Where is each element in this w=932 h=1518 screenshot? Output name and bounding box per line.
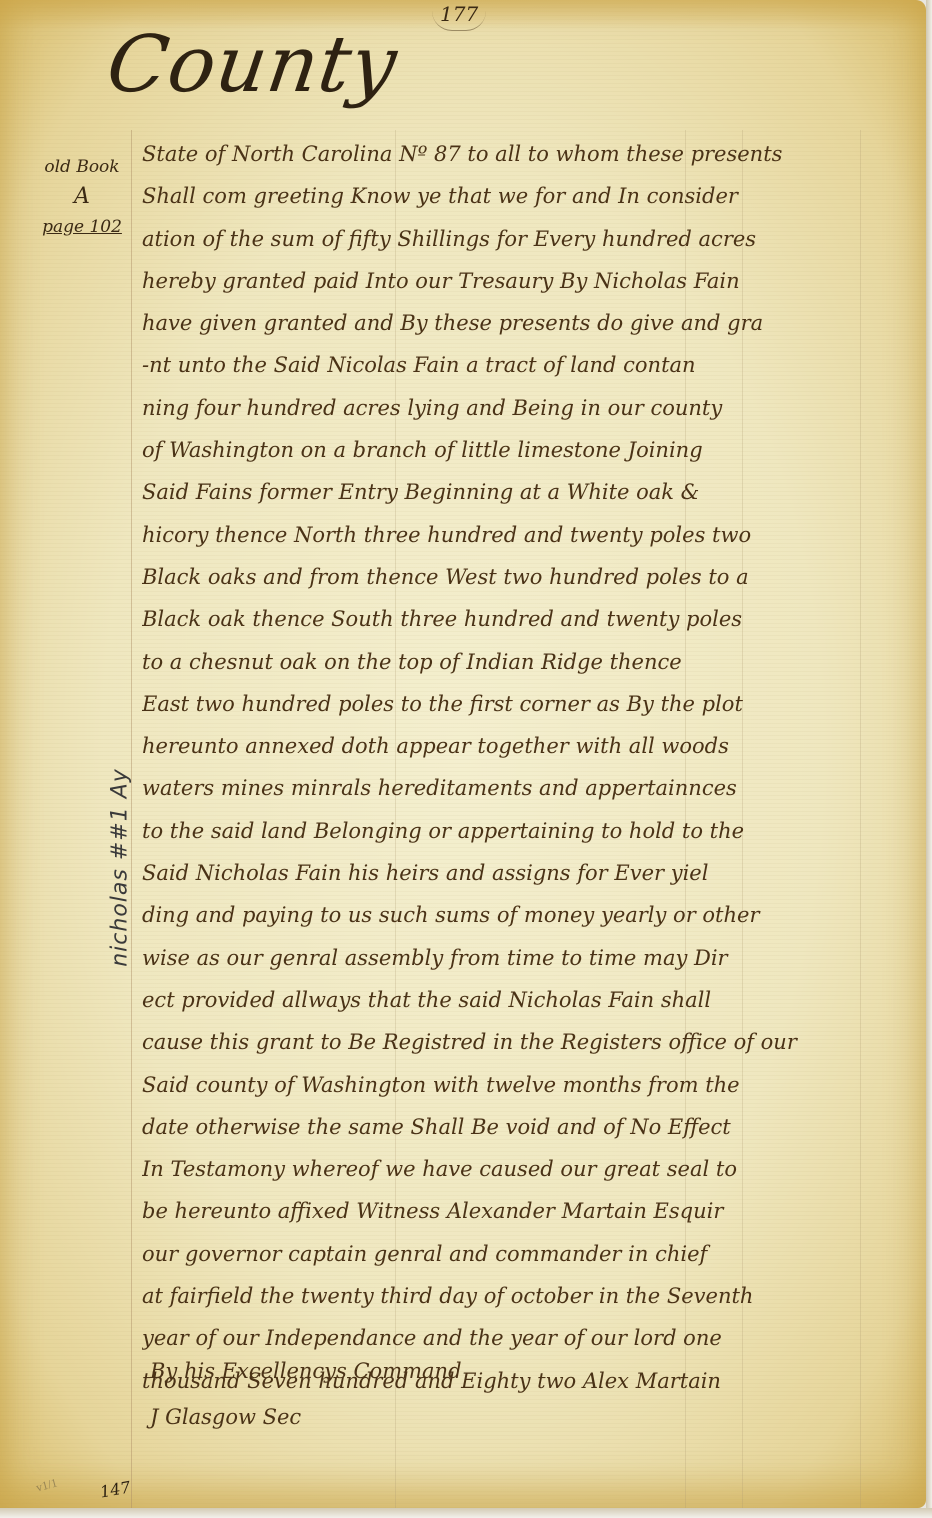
text-line: State of North Carolina Nº 87 to all to … bbox=[142, 133, 922, 175]
text-line: at fairfield the twenty third day of oct… bbox=[142, 1275, 922, 1317]
margin-note-volume: A bbox=[34, 182, 130, 212]
secretary-signature: J Glasgow Sec bbox=[150, 1394, 462, 1440]
text-line: our governor captain genral and commande… bbox=[142, 1233, 922, 1275]
text-line: of Washington on a branch of little lime… bbox=[142, 429, 922, 471]
county-heading: County bbox=[102, 20, 403, 110]
text-line: waters mines minrals hereditaments and a… bbox=[142, 767, 922, 809]
margin-note-book: old Book bbox=[34, 152, 130, 182]
text-line: Black oak thence South three hundred and… bbox=[142, 598, 922, 640]
pencil-margin-note: nicholas ##1 Ay bbox=[108, 708, 133, 1028]
text-line: cause this grant to Be Registred in the … bbox=[142, 1021, 922, 1063]
text-line: Said Fains former Entry Beginning at a W… bbox=[142, 471, 922, 513]
text-line: have given granted and By these presents… bbox=[142, 302, 922, 344]
document-page: 177 County old Book A page 102 nicholas … bbox=[0, 0, 926, 1508]
text-line: hereunto annexed doth appear together wi… bbox=[142, 725, 922, 767]
page-number-bottom: 147 bbox=[99, 1477, 132, 1501]
text-line: Said county of Washington with twelve mo… bbox=[142, 1064, 922, 1106]
text-line: In Testamony whereof we have caused our … bbox=[142, 1148, 922, 1190]
faint-archival-mark: v1/1 bbox=[34, 1475, 58, 1495]
text-line: ding and paying to us such sums of money… bbox=[142, 894, 922, 936]
excellency-command-line: By his Excellencys Command bbox=[150, 1348, 462, 1394]
page-bottom-shadow bbox=[0, 1508, 932, 1518]
text-line: Black oaks and from thence West two hund… bbox=[142, 556, 922, 598]
text-line: ect provided allways that the said Nicho… bbox=[142, 979, 922, 1021]
text-line: to a chesnut oak on the top of Indian Ri… bbox=[142, 641, 922, 683]
margin-note-reference: old Book A page 102 bbox=[34, 152, 130, 242]
text-line: wise as our genral assembly from time to… bbox=[142, 937, 922, 979]
text-line: ation of the sum of fifty Shillings for … bbox=[142, 218, 922, 260]
closing-block: By his Excellencys Command J Glasgow Sec bbox=[150, 1348, 462, 1440]
grant-body-text: State of North Carolina Nº 87 to all to … bbox=[142, 133, 922, 1402]
text-line: Said Nicholas Fain his heirs and assigns… bbox=[142, 852, 922, 894]
text-line: East two hundred poles to the first corn… bbox=[142, 683, 922, 725]
page-edge-shadow bbox=[926, 0, 932, 1518]
text-line: to the said land Belonging or appertaini… bbox=[142, 810, 922, 852]
margin-note-page: page 102 bbox=[34, 212, 130, 242]
text-line: -nt unto the Said Nicolas Fain a tract o… bbox=[142, 344, 922, 386]
text-line: be hereunto affixed Witness Alexander Ma… bbox=[142, 1190, 922, 1232]
page-number-top: 177 bbox=[432, 2, 486, 31]
text-line: date otherwise the same Shall Be void an… bbox=[142, 1106, 922, 1148]
text-line: hicory thence North three hundred and tw… bbox=[142, 514, 922, 556]
text-line: hereby granted paid Into our Tresaury By… bbox=[142, 260, 922, 302]
text-line: ning four hundred acres lying and Being … bbox=[142, 387, 922, 429]
text-line: Shall com greeting Know ye that we for a… bbox=[142, 175, 922, 217]
